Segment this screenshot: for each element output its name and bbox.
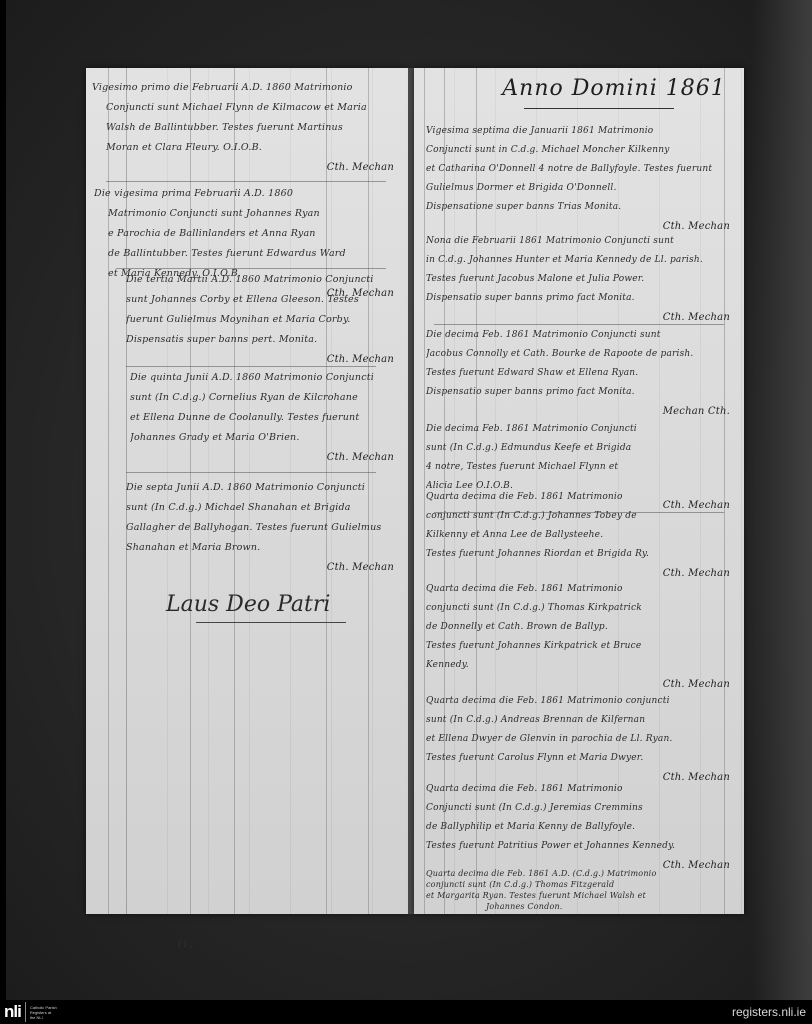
entry-line: Jacobus Connolly et Cath. Bourke de Rapo… xyxy=(426,345,744,364)
register-year-heading: Anno Domini 1861 xyxy=(494,76,734,101)
entry-line: sunt (In C.d.g.) Edmundus Keefe et Brigi… xyxy=(426,439,744,458)
marriage-entry: Die tertia Martii A.D. 1860 Matrimonio C… xyxy=(86,270,408,370)
entry-line: Die decima Feb. 1861 Matrimonio Conjunct… xyxy=(426,326,744,345)
priest-signature: Cth. Mechan xyxy=(92,158,408,178)
entry-line: Kennedy. xyxy=(426,656,744,675)
entry-line: et Catharina O'Donnell 4 notre de Ballyf… xyxy=(426,160,744,179)
closing-underline xyxy=(196,622,346,623)
entry-line: Nona die Februarii 1861 Matrimonio Conju… xyxy=(426,232,744,251)
priest-signature: Mechan Cth. xyxy=(426,402,744,421)
entry-divider xyxy=(434,324,724,325)
entry-line: Johannes Condon. xyxy=(426,901,744,912)
right-register-page: Anno Domini 1861 Vigesima septima die Ja… xyxy=(414,68,744,914)
entry-line: Walsh de Ballintubber. Testes fuerunt Ma… xyxy=(92,118,408,138)
entry-divider xyxy=(126,366,376,367)
entry-line: Shanahan et Maria Brown. xyxy=(126,538,408,558)
entry-line: et Ellena Dwyer de Glenvin in parochia d… xyxy=(426,730,744,749)
entry-line: Vigesima septima die Januarii 1861 Matri… xyxy=(426,122,744,141)
entry-line: Quarta decima die Feb. 1861 Matrimonio xyxy=(426,780,744,799)
entry-line: Dispensatio super banns primo fact Monit… xyxy=(426,383,744,402)
priest-signature: Cth. Mechan xyxy=(130,448,408,468)
entry-line: Vigesimo primo die Februarii A.D. 1860 M… xyxy=(92,78,408,98)
entry-line: Matrimonio Conjuncti sunt Johannes Ryan xyxy=(94,204,408,224)
priest-signature: Cth. Mechan xyxy=(126,558,408,578)
entry-line: sunt Johannes Corby et Ellena Gleeson. T… xyxy=(126,290,408,310)
brand-subtitle: Catholic Parish Registers at the NLI xyxy=(30,1005,70,1020)
entry-line: fuerunt Gulielmus Moynihan et Maria Corb… xyxy=(126,310,408,330)
entry-line: e Parochia de Ballinlanders et Anna Ryan xyxy=(94,224,408,244)
entry-line: Testes fuerunt Carolus Flynn et Maria Dw… xyxy=(426,749,744,768)
marriage-entry: Die decima Feb. 1861 Matrimonio Conjunct… xyxy=(414,326,744,421)
entry-line: Dispensatione super banns Trias Monita. xyxy=(426,198,744,217)
entry-line: Moran et Clara Fleury. O.I.O.B. xyxy=(92,138,408,158)
entry-line: sunt (In C.d.g.) Andreas Brennan de Kilf… xyxy=(426,711,744,730)
marriage-entry: Quarta decima die Feb. 1861 Matrimonio c… xyxy=(414,580,744,694)
scan-edge-shadow xyxy=(752,0,812,1000)
scan-border xyxy=(0,0,6,1000)
marriage-entry: Quarta decima die Feb. 1861 Matrimonio C… xyxy=(414,780,744,875)
marriage-entry: Quarta decima die Feb. 1861 Matrimonio c… xyxy=(414,488,744,583)
entry-line: et Margarita Ryan. Testes fuerunt Michae… xyxy=(426,890,744,901)
entry-line: Die quinta Junii A.D. 1860 Matrimonio Co… xyxy=(130,368,408,388)
entry-line: Die septa Junii A.D. 1860 Matrimonio Con… xyxy=(126,478,408,498)
nli-logo-icon: nli xyxy=(4,1002,26,1022)
entry-divider xyxy=(126,472,376,473)
entry-line: Testes fuerunt Johannes Riordan et Brigi… xyxy=(426,545,744,564)
entry-line: Quarta decima die Feb. 1861 Matrimonio xyxy=(426,488,744,507)
entry-line: sunt (In C.d.g.) Cornelius Ryan de Kilcr… xyxy=(130,388,408,408)
entry-line: Dispensatio super banns primo fact Monit… xyxy=(426,289,744,308)
entry-line: Testes fuerunt Edward Shaw et Ellena Rya… xyxy=(426,364,744,383)
entry-line: Gallagher de Ballyhogan. Testes fuerunt … xyxy=(126,518,408,538)
site-link[interactable]: registers.nli.ie xyxy=(732,1005,806,1019)
nli-brand[interactable]: nli Catholic Parish Registers at the NLI xyxy=(4,1002,70,1022)
scanned-register-image: Vigesimo primo die Februarii A.D. 1860 M… xyxy=(0,0,812,1000)
entry-line: de Donnelly et Cath. Brown de Ballyp. xyxy=(426,618,744,637)
marriage-entry: Vigesima septima die Januarii 1861 Matri… xyxy=(414,122,744,236)
marriage-entry: Quarta decima die Feb. 1861 A.D. (C.d.g.… xyxy=(414,868,744,912)
entry-line: Testes fuerunt Johannes Kirkpatrick et B… xyxy=(426,637,744,656)
entry-line: conjuncti sunt (In C.d.g.) Thomas Fitzge… xyxy=(426,879,744,890)
entry-line: et Ellena Dunne de Coolanully. Testes fu… xyxy=(130,408,408,428)
pencil-marks: i i , xyxy=(178,940,192,950)
marriage-entry: Die septa Junii A.D. 1860 Matrimonio Con… xyxy=(86,478,408,578)
marriage-entry: Nona die Februarii 1861 Matrimonio Conju… xyxy=(414,232,744,327)
entry-line: Testes fuerunt Patritius Power et Johann… xyxy=(426,837,744,856)
entry-line: Dispensatis super banns pert. Monita. xyxy=(126,330,408,350)
entry-line: de Ballintubber. Testes fuerunt Edwardus… xyxy=(94,244,408,264)
entry-line: sunt (In C.d.g.) Michael Shanahan et Bri… xyxy=(126,498,408,518)
entry-line: Quarta decima die Feb. 1861 Matrimonio c… xyxy=(426,692,744,711)
entry-divider xyxy=(116,268,386,269)
entry-line: Quarta decima die Feb. 1861 A.D. (C.d.g.… xyxy=(426,868,744,879)
entry-line: Conjuncti sunt (In C.d.g.) Jeremias Crem… xyxy=(426,799,744,818)
entry-line: Die decima Feb. 1861 Matrimonio Conjunct… xyxy=(426,420,744,439)
entry-line: de Ballyphilip et Maria Kenny de Ballyfo… xyxy=(426,818,744,837)
viewer-footer: nli Catholic Parish Registers at the NLI… xyxy=(0,1000,812,1024)
heading-underline xyxy=(524,108,674,109)
brand-subtitle-line: the NLI xyxy=(30,1015,70,1020)
entry-line: Johannes Grady et Maria O'Brien. xyxy=(130,428,408,448)
marriage-entry: Die quinta Junii A.D. 1860 Matrimonio Co… xyxy=(86,368,408,468)
entry-divider xyxy=(106,181,386,182)
closing-inscription: Laus Deo Patri xyxy=(166,592,330,617)
entry-line: conjuncti sunt (In C.d.g.) Thomas Kirkpa… xyxy=(426,599,744,618)
entry-line: Kilkenny et Anna Lee de Ballysteehe. xyxy=(426,526,744,545)
marriage-entry: Quarta decima die Feb. 1861 Matrimonio c… xyxy=(414,692,744,787)
entry-line: Gulielmus Dormer et Brigida O'Donnell. xyxy=(426,179,744,198)
priest-signature: Cth. Mechan xyxy=(126,350,408,370)
entry-line: Conjuncti sunt Michael Flynn de Kilmacow… xyxy=(92,98,408,118)
marriage-entry: Vigesimo primo die Februarii A.D. 1860 M… xyxy=(86,78,408,178)
entry-line: Quarta decima die Feb. 1861 Matrimonio xyxy=(426,580,744,599)
entry-line: Conjuncti sunt in C.d.g. Michael Moncher… xyxy=(426,141,744,160)
entry-line: Die vigesima prima Februarii A.D. 1860 xyxy=(94,184,408,204)
entry-line: conjuncti sunt (In C.d.g.) Johannes Tobe… xyxy=(426,507,744,526)
entry-line: 4 notre, Testes fuerunt Michael Flynn et xyxy=(426,458,744,477)
entry-line: Testes fuerunt Jacobus Malone et Julia P… xyxy=(426,270,744,289)
entry-line: in C.d.g. Johannes Hunter et Maria Kenne… xyxy=(426,251,744,270)
left-register-page: Vigesimo primo die Februarii A.D. 1860 M… xyxy=(86,68,408,914)
entry-line: Die tertia Martii A.D. 1860 Matrimonio C… xyxy=(126,270,408,290)
